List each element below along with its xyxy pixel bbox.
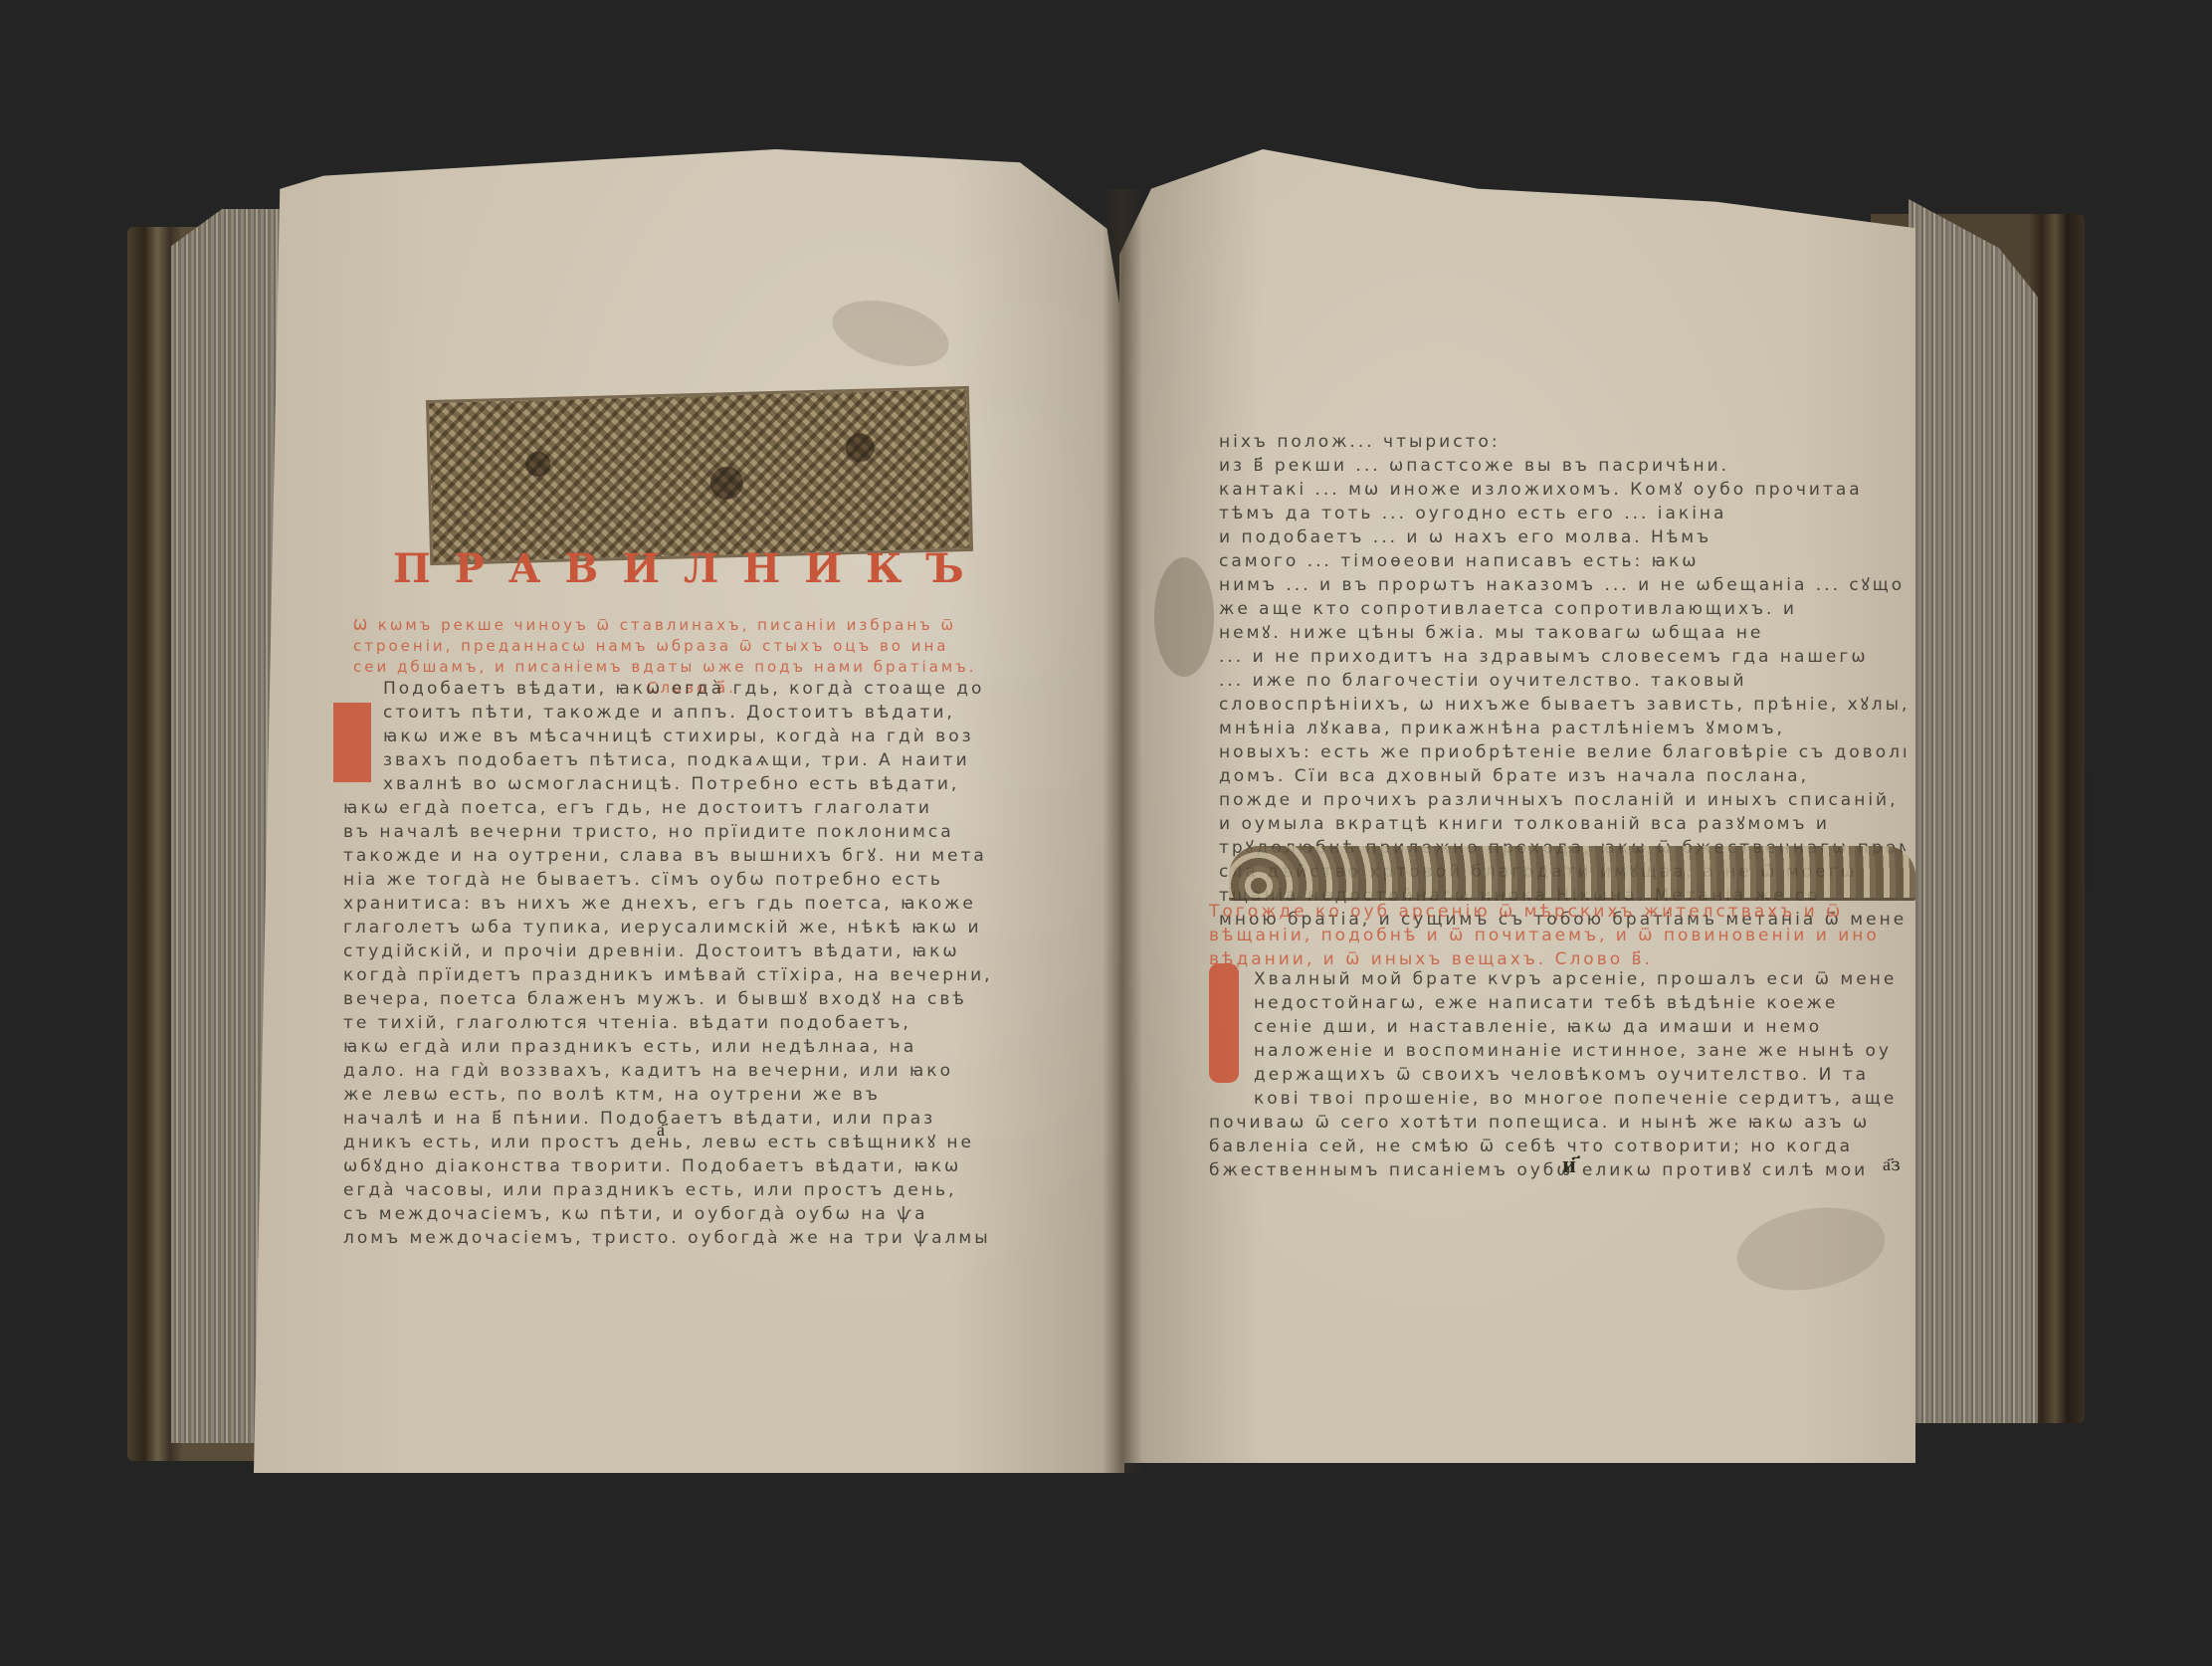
text-line: нимъ ... и въ прорѡтъ наказомъ ... и не … — [1219, 573, 1906, 597]
text-line: же левѡ есть, по волѣ ктм, на оутрени же… — [343, 1083, 1030, 1107]
text-line: егдà часовы, или праздникъ есть, или про… — [343, 1178, 1030, 1202]
text-line: Подобаетъ вѣдати, ꙗкѡ егдà гдь, когдà ст… — [343, 677, 1030, 701]
text-line: ніхъ полож... чтыристо: — [1219, 430, 1906, 454]
text-line: ломъ междочасіемъ, тристо. оубогдà же на… — [343, 1226, 1030, 1250]
text-line: же аще кто сопротивлаетса сопротивлающих… — [1219, 597, 1906, 621]
text-line: почиваѡ ѿ сего хотѣти попещиса. и нынѣ ж… — [1209, 1111, 1906, 1135]
text-line: кантакі ... мѡ иноже изложихомъ. Комꙋ оу… — [1219, 478, 1906, 502]
text-line: бжественнымъ писаніемъ оубѡ еликѡ против… — [1209, 1158, 1906, 1182]
text-line: мнѣніа лꙋкава, прикажнѣна растлѣніемъ ꙋм… — [1219, 717, 1906, 740]
rubric-line: вѣщаніи, подобнѣ и ѿ почитаемъ, и ѿ пови… — [1209, 924, 1906, 947]
text-line: когдà прїидетъ праздникъ имѣвай стїхіра,… — [343, 963, 1030, 987]
text-line: и оумыла вкратцѣ книги толкованій вса ра… — [1219, 812, 1906, 836]
rubric-line: строеніи, преданнасѡ намъ ѡбраза ѿ стыхъ… — [353, 636, 1030, 657]
text-line: наложеніе и воспоминаніе истинное, зане … — [1209, 1039, 1906, 1063]
left-body-text: Подобаетъ вѣдати, ꙗкѡ егдà гдь, когдà ст… — [343, 677, 1030, 1250]
text-line: дникъ есть, или простъ день, левѡ есть с… — [343, 1131, 1030, 1154]
page-title: ПРАВИЛНИКЪ — [393, 545, 988, 592]
text-line: ... и не приходитъ на здравымъ словесемъ… — [1219, 645, 1906, 669]
book-scene: ПРАВИЛНИКЪ Ѡ кѡмъ рекше чиноуъ ѿ ставлин… — [0, 0, 2212, 1666]
signature-mark: а҃ — [657, 1120, 665, 1141]
text-line: Хвалный мой брате кѵръ арсеніе, прошалъ … — [1209, 967, 1906, 991]
text-line: хвалнѣ во ѡсмогласницѣ. Потребно есть вѣ… — [343, 772, 1030, 796]
text-line: ꙗкѡ иже въ мѣсачницѣ стихиры, когдà на г… — [343, 725, 1030, 748]
text-line: звахъ подобаетъ пѣтиса, подкаѧщи, три. А… — [343, 748, 1030, 772]
folio-number: и҃ — [1562, 1149, 1576, 1179]
text-line: сеніе дши, и наставленіе, ꙗкѡ да имаши и… — [1209, 1015, 1906, 1039]
text-line: тѣмъ да тоть ... оугодно есть его ... іа… — [1219, 502, 1906, 525]
text-line: въ началѣ вечерни тристо, но прїидите по… — [343, 820, 1030, 844]
text-line: ніа же тогдà не бываетъ. сїмъ оубѡ потре… — [343, 868, 1030, 892]
right-rubric-intro: Тогожде ко оуб арсенію ѿ мѣрскихъ жителс… — [1209, 900, 1906, 971]
text-line: словоспрѣніихъ, ѡ нихъже бываетъ зависть… — [1219, 693, 1906, 717]
text-line: студійскій, и прочіи древніи. Достоитъ в… — [343, 939, 1030, 963]
text-line: стоитъ пѣти, такожде и аппъ. Достоитъ вѣ… — [343, 701, 1030, 725]
text-line: пожде и прочихъ различныхъ посланій и ин… — [1219, 788, 1906, 812]
right-body-text: Хвалный мой брате кѵръ арсеніе, прошалъ … — [1209, 967, 1906, 1182]
text-line: дало. на гдѝ воззвахъ, кадитъ на вечерни… — [343, 1059, 1030, 1083]
text-line: самого ... тімоѳеови написавъ есть: ꙗкѡ — [1219, 549, 1906, 573]
text-line: хранитиса: въ нихъ же днехъ, егъ гдь пое… — [343, 892, 1030, 916]
text-line: из в҃ рекши ... ѡпастсоже вы въ пасричѣн… — [1219, 454, 1906, 478]
text-line: кові твоі прошеніе, во многое попеченіе … — [1209, 1087, 1906, 1111]
text-line: началѣ и на в҃ пѣнии. Подобаетъ вѣдати, … — [343, 1107, 1030, 1131]
text-line: ꙗкѡ егдà или праздникъ есть, или недѣлна… — [343, 1035, 1030, 1059]
rubric-line: сеи дбшамъ, и писаніемъ вдаты ѡжe подъ н… — [353, 657, 1030, 678]
text-line: держащихъ ѿ своихъ человѣкомъ оучителств… — [1209, 1063, 1906, 1087]
ornamental-headpiece — [426, 386, 973, 565]
text-line: и подобаетъ ... и ѡ нахъ его молва. Нѣмъ — [1219, 525, 1906, 549]
text-line: такожде и на оутрени, слава въ вышнихъ б… — [343, 844, 1030, 868]
right-page-stack — [1909, 199, 2038, 1423]
text-line: глаголетъ ѡба тупика, иерусалимскій же, … — [343, 916, 1030, 939]
text-line: вечера, поетса блаженъ мужъ. и бывшꙋ вхо… — [343, 987, 1030, 1011]
text-line: ... иже по благочестіи оучителство. тако… — [1219, 669, 1906, 693]
text-line: съ междочасіемъ, кѡ пѣти, и оубогдà оубѡ… — [343, 1202, 1030, 1226]
page-number: а҃з — [1883, 1154, 1901, 1175]
book-gutter — [1103, 189, 1142, 1473]
text-line: бавленіа сей, не смѣю ѿ себѣ что сотвори… — [1209, 1135, 1906, 1158]
text-line: домъ. Сїи вса дховный брате изъ начала п… — [1219, 764, 1906, 788]
text-line: недостойнагѡ, еже написати тебѣ вѣдѣніе … — [1209, 991, 1906, 1015]
text-line: те тихій, глаголются чтеніа. вѣдати подо… — [343, 1011, 1030, 1035]
text-line: ѡбꙋдно діаконства творити. Подобаетъ вѣд… — [343, 1154, 1030, 1178]
dirt-smudge — [1154, 557, 1214, 677]
text-line: новыхъ: есть же приобрѣтеніе велие благо… — [1219, 740, 1906, 764]
rubric-line: Ѡ кѡмъ рекше чиноуъ ѿ ставлинахъ, писані… — [353, 615, 1030, 636]
text-line: немꙋ. ниже цѣны бжіа. мы таковагѡ ѡбщаа … — [1219, 621, 1906, 645]
ornamental-band — [1229, 846, 1915, 901]
rubric-line: Тогожде ко оуб арсенію ѿ мѣрскихъ жителс… — [1209, 900, 1906, 924]
text-line: ꙗкѡ егдà поетса, егъ гдь, не достоитъ гл… — [343, 796, 1030, 820]
